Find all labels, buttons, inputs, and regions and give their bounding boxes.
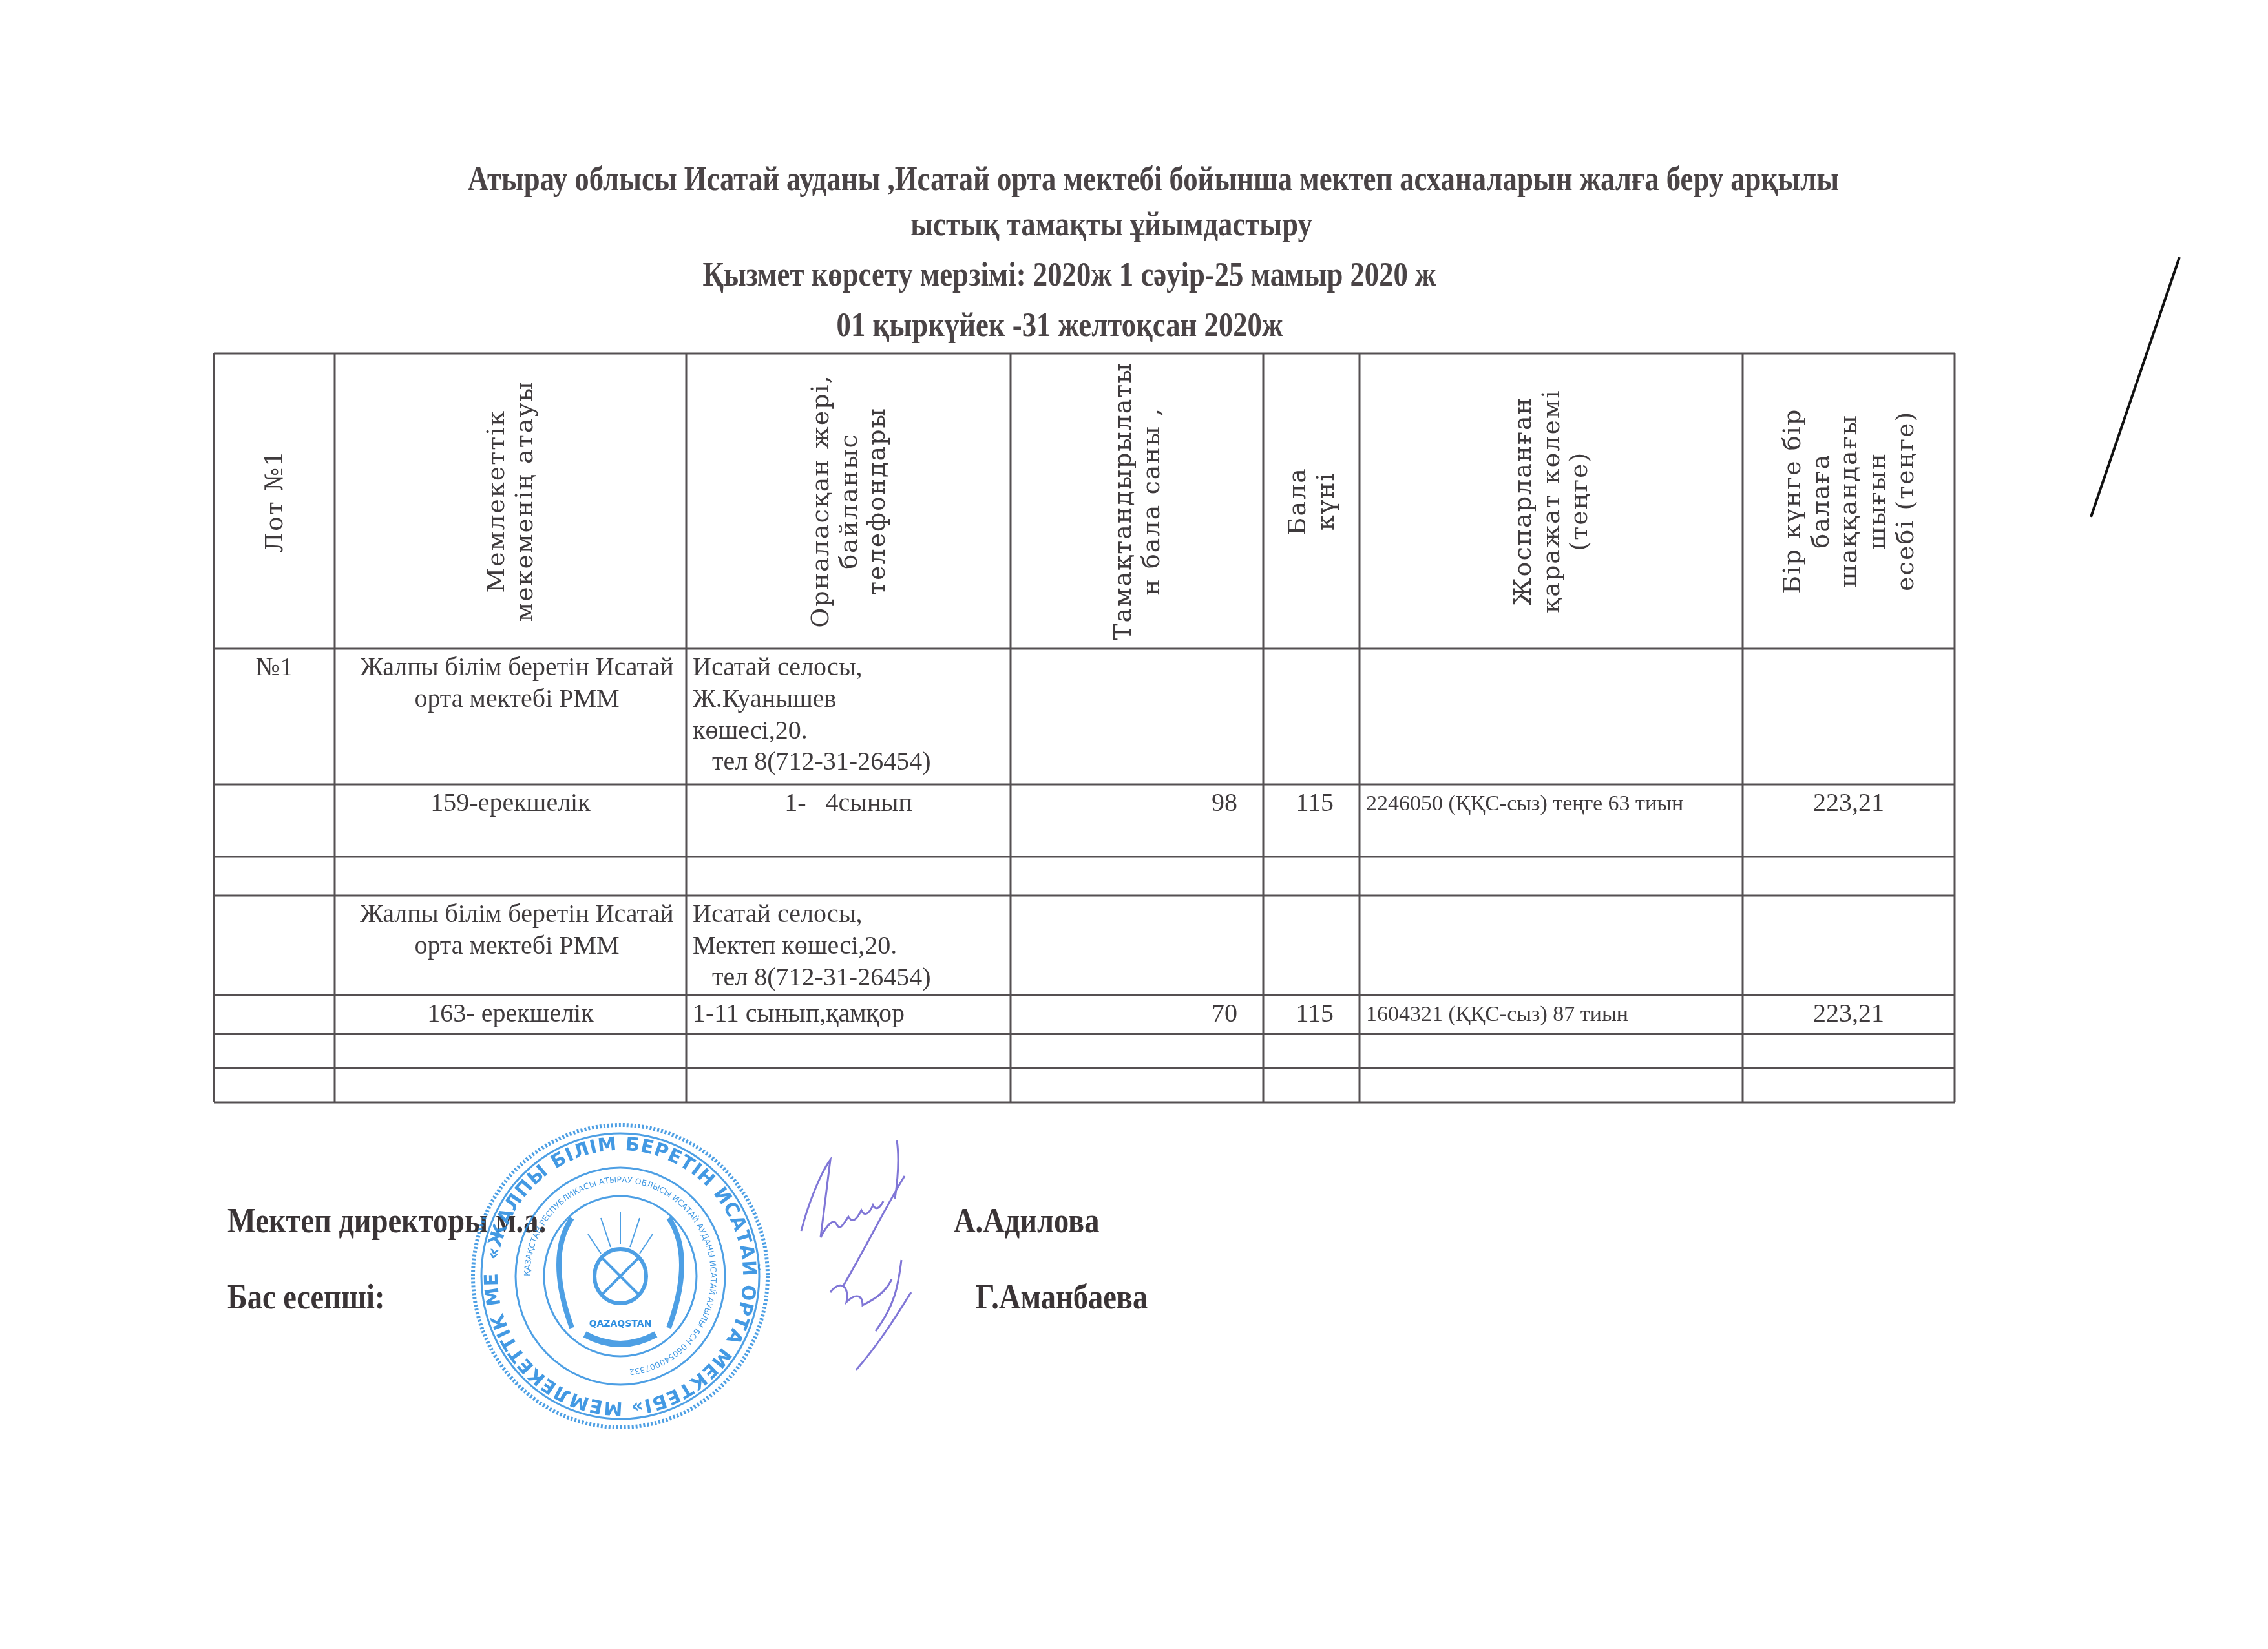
header-lot: Лот №1 xyxy=(214,353,335,649)
title-line-4: 01 қыркүйек -31 желтоқсан 2020ж xyxy=(85,306,2035,344)
header-per-child-cost: Бір күнге бір балаға шаққандағы шығын ес… xyxy=(1743,353,1955,649)
cell-per-child: 223,21 xyxy=(1749,998,1948,1029)
cell-institution: 163- ерекшелік xyxy=(341,998,680,1029)
svg-text:QAZAQSTAN: QAZAQSTAN xyxy=(589,1319,652,1329)
address-line: тел 8(712-31-26454) xyxy=(693,746,1004,777)
address-line: көшесі,20. xyxy=(693,715,1004,746)
address-line: 1-11 сынып,қамқор xyxy=(693,998,1004,1029)
cell-children: 98 xyxy=(1017,787,1257,819)
diagonal-pen-line xyxy=(0,0,2268,1649)
address-line: Мектеп көшесі,20. xyxy=(693,930,1004,961)
accountant-name: Г.Аманбаева xyxy=(976,1277,1148,1317)
header-label: Лот №1 xyxy=(260,450,289,553)
address-line: Ж.Куанышев xyxy=(693,683,1004,715)
header-label: Бір күнге бір балаға шаққандағы шығын ес… xyxy=(1778,395,1919,607)
cell-institution: 159-ерекшелік xyxy=(341,787,680,819)
accountant-label: Бас есепші: xyxy=(227,1277,384,1317)
header-label: Орналасқан жері, байланыс телефондары xyxy=(806,374,890,628)
header-label: Бала күні xyxy=(1283,453,1339,549)
header-address: Орналасқан жері, байланыс телефондары xyxy=(686,353,1011,649)
cell-per-child: 223,21 xyxy=(1749,787,1948,819)
header-label: Мемлекеттік мекеменің атауы xyxy=(482,381,538,622)
address-line: 1- 4сынып xyxy=(693,787,1004,819)
cell-address: 1-11 сынып,қамқор xyxy=(693,998,1004,1029)
cell-budget: 1604321 (ҚҚС-сыз) 87 тиын xyxy=(1366,998,1736,1031)
cell-budget: 2246050 (ҚҚС-сыз) теңге 63 тиын xyxy=(1366,787,1736,820)
table-gridlines xyxy=(0,0,2268,1649)
header-label: Жоспарланған қаражат көлемі (теңге) xyxy=(1509,389,1593,613)
cell-institution: Жалпы білім беретін Исатай орта мектебі … xyxy=(341,651,680,715)
cell-institution: Жалпы білім беретін Исатай орта мектебі … xyxy=(341,898,680,961)
cell-lot: №1 xyxy=(220,651,328,683)
header-children-count: Тамақтандырылаты н бала саны , xyxy=(1011,353,1263,649)
address-line: Исатай селосы, xyxy=(693,651,1004,683)
handwritten-signatures xyxy=(0,0,2268,1649)
header-label: Тамақтандырылаты н бала саны , xyxy=(1109,362,1165,640)
header-child-days: Бала күні xyxy=(1263,353,1360,649)
address-line: Исатай селосы, xyxy=(693,898,1004,930)
cell-days: 115 xyxy=(1270,998,1353,1029)
header-institution: Мемлекеттік мекеменің атауы xyxy=(335,353,686,649)
cell-address: 1- 4сынып xyxy=(693,787,1004,819)
director-name: А.Адилова xyxy=(954,1201,1099,1241)
address-line: тел 8(712-31-26454) xyxy=(693,961,1004,993)
title-line-1: Атырау облысы Исатай ауданы ,Исатай орта… xyxy=(178,160,2129,198)
cell-address: Исатай селосы,Мектеп көшесі,20. тел 8(71… xyxy=(693,898,1004,993)
title-line-2: ыстық тамақты ұйымдастыру xyxy=(136,205,2087,244)
cell-children: 70 xyxy=(1017,998,1257,1029)
official-stamp-icon: «ЖАЛПЫ БІЛІМ БЕРЕТІН ИСАТАЙ ОРТА МЕКТЕБІ… xyxy=(468,1121,772,1431)
cell-days: 115 xyxy=(1270,787,1353,819)
header-planned-budget: Жоспарланған қаражат көлемі (теңге) xyxy=(1360,353,1743,649)
cell-address: Исатай селосы,Ж.Куанышевкөшесі,20. тел 8… xyxy=(693,651,1004,777)
title-line-3: Қызмет көрсету мерзімі: 2020ж 1 сәуір-25… xyxy=(94,256,2045,294)
